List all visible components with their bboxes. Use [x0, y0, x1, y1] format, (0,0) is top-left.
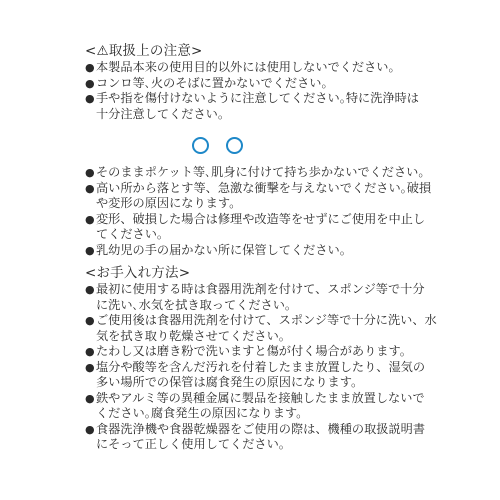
bullet-icon: ● [85, 91, 96, 107]
care-item: ●たわし又は磨き粉で洗いますと傷が付く場合があります。 [85, 344, 485, 360]
caution-item: ●そのままポケット等､肌身に付けて持ち歩かないでください。 [85, 165, 485, 181]
care-item: ●鉄やアルミ等の異種金属に製品を接触したまま放置しないでください｡腐食発生の原因… [85, 391, 485, 422]
care-item: ●食器洗浄機や食器乾燥器をご使用の際は、機種の取扱説明書にそって正しく使用してく… [85, 422, 485, 453]
bullet-icon: ● [85, 76, 96, 92]
caution-item: ●本製品本来の使用目的以外には使用しないでください。 [85, 60, 485, 76]
bullet-icon: ● [85, 360, 96, 376]
bullet-icon: ● [85, 391, 96, 407]
circle-icon [192, 137, 209, 154]
bullet-icon: ● [85, 422, 96, 438]
bullet-icon: ● [85, 344, 96, 360]
care-section: <お手入れ方法> ●最初に使用する時は食器用洗剤を付けて、スポンジ等で十分に洗い… [85, 264, 485, 453]
bullet-icon: ● [85, 313, 96, 329]
bullet-icon: ● [85, 165, 96, 181]
bullet-icon: ● [85, 60, 96, 76]
caution-item: ●高い所から落とす等、急激な衝撃を与えないでください｡破損や変形の原因になります… [85, 181, 485, 212]
care-item: ●塩分や酸等を含んだ汚れを付着したまま放置したり、湿気の多い場所での保管は腐食発… [85, 360, 485, 391]
caution-item: ●変形、破損した場合は修理や改造等をせずにご使用を中止してください。 [85, 212, 485, 243]
bullet-icon: ● [85, 282, 96, 298]
care-item: ●ご使用後は食器用洗剤を付けて、スポンジ等で十分に洗い、水気を拭き取り乾燥させて… [85, 313, 485, 344]
caution-section-bottom: ●そのままポケット等､肌身に付けて持ち歩かないでください。 ●高い所から落とす等… [85, 165, 485, 258]
caution-item: ●乳幼児の手の届かない所に保管してください。 [85, 243, 485, 259]
caution-heading: <⚠取扱上の注意> [85, 42, 485, 60]
circle-icon [226, 137, 243, 154]
care-heading: <お手入れ方法> [85, 264, 485, 282]
bullet-icon: ● [85, 181, 96, 197]
caution-item: ●手や指を傷付けないように注意してください｡特に洗浄時は十分注意してください。 [85, 91, 485, 122]
bullet-icon: ● [85, 243, 96, 259]
bullet-icon: ● [85, 212, 96, 228]
caution-item: ●コンロ等､火のそばに置かないでください。 [85, 76, 485, 92]
care-item: ●最初に使用する時は食器用洗剤を付けて、スポンジ等で十分に洗い､水気を拭き取って… [85, 282, 485, 313]
caution-section-top: <⚠取扱上の注意> ●本製品本来の使用目的以外には使用しないでください。 ●コン… [85, 42, 485, 122]
decorative-circles [192, 137, 252, 155]
